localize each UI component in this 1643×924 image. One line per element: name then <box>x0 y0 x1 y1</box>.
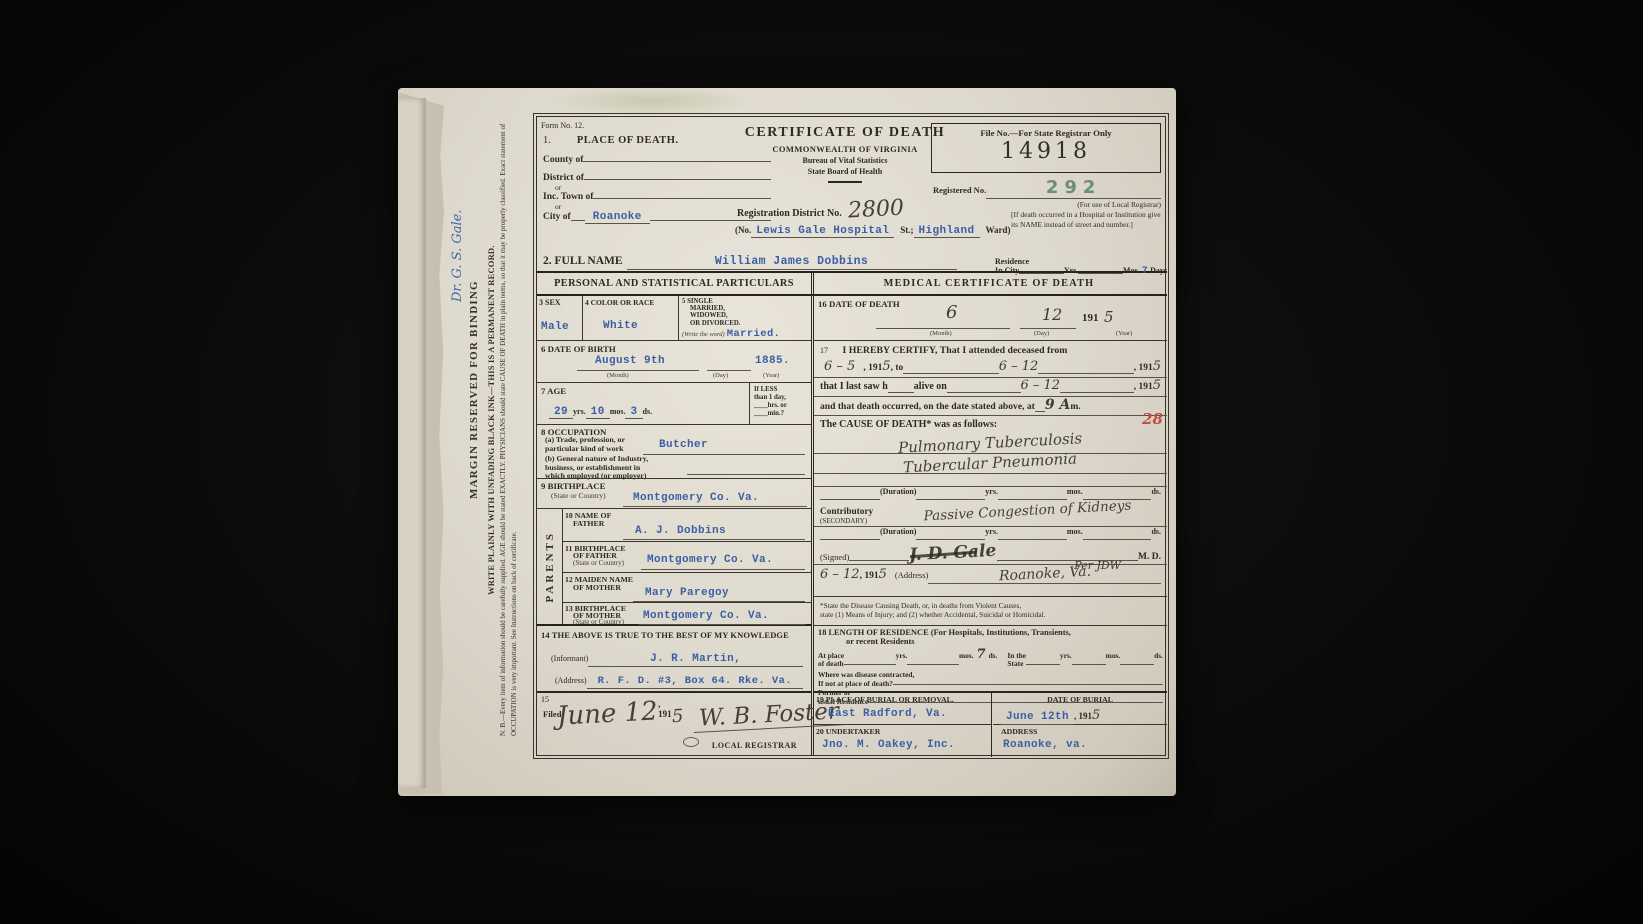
attended-from-year: 5 <box>882 359 890 374</box>
file-number-label: File No.—For State Registrar Only <box>932 128 1160 138</box>
father-bp-value: Montgomery Co. Va. <box>647 554 773 566</box>
attended-to-year: 5 <box>1153 359 1161 374</box>
mother-value: Mary Paregoy <box>645 587 729 599</box>
death-certificate-page: Dr. G. S. Gale. MARGIN RESERVED FOR BIND… <box>398 88 1176 796</box>
dob-year-hint: (Year) <box>763 372 779 379</box>
burial-date-value: June 12th <box>1006 711 1069 723</box>
doctor-margin-note: Dr. G. S. Gale. <box>450 138 465 373</box>
duration-yrs-2: yrs. <box>985 527 998 536</box>
local-registrar-use-note: (For use of Local Registrar) <box>933 200 1161 209</box>
file-number-box: File No.—For State Registrar Only 14918 <box>931 123 1161 173</box>
sex-cell: 3 SEX Male <box>537 296 583 340</box>
marital-label-1: 5 SINGLE <box>682 298 808 305</box>
certificate-title: CERTIFICATE OF DEATH <box>740 125 950 141</box>
street-value: Highland <box>919 225 975 237</box>
undertaker-address-label: ADDRESS <box>1001 727 1165 736</box>
race-cell: 4 COLOR OR RACE White <box>583 296 679 340</box>
last-saw-date: 6 – 12 <box>1021 378 1061 393</box>
no-paren-label: (No. <box>735 225 751 235</box>
death-occurred-line: and that death occurred, on the date sta… <box>814 397 1167 416</box>
margin-binding-label: MARGIN RESERVED FOR BINDING <box>468 200 480 580</box>
burial-year-value: 5 <box>1092 708 1100 723</box>
occurred-m-label: m. <box>1070 402 1080 412</box>
race-label: 4 COLOR OR RACE <box>585 298 676 307</box>
dob-label: 6 DATE OF BIRTH <box>541 344 616 354</box>
county-field: County of <box>543 155 771 165</box>
length-of-residence-row: 18 LENGTH OF RESIDENCE (For Hospitals, I… <box>814 626 1167 693</box>
cause-footnote: *State the Disease Causing Death, or, in… <box>814 596 1167 626</box>
residence-label-2: or recent Residents <box>846 637 1163 646</box>
father-label-2: FATHER <box>573 519 604 528</box>
burial-191-print: , 191 <box>1074 711 1092 721</box>
residence-label-1: 18 LENGTH OF RESIDENCE (For Hospitals, I… <box>818 628 1163 637</box>
district-label: District of <box>543 173 584 183</box>
age-row: 7 AGE 29 yrs. 10 mos. 3 ds. If LESS than… <box>537 383 811 425</box>
certify-statement: I HEREBY CERTIFY, That I attended deceas… <box>842 345 1067 356</box>
dod-day-hint: (Day) <box>1034 330 1049 337</box>
commonwealth-line: COMMONWEALTH OF VIRGINIA <box>740 144 950 154</box>
undertaker-value: Jno. M. Oakey, Inc. <box>822 739 989 751</box>
to-label: , to <box>891 363 904 373</box>
torn-page-edge-inner <box>398 98 426 788</box>
dod-month-hint: (Month) <box>930 330 952 337</box>
per-notation: Per JDW <box>1074 559 1121 572</box>
undertaker-cell: 20 UNDERTAKER Jno. M. Oakey, Inc. <box>814 725 991 757</box>
date-of-death-row: 16 DATE OF DEATH 6 12 191 5 (Month) (Day… <box>814 296 1167 341</box>
full-name-label: 2. FULL NAME <box>543 255 623 267</box>
medical-column: 16 DATE OF DEATH 6 12 191 5 (Month) (Day… <box>814 296 1167 755</box>
marital-hint: (Write the word) <box>682 331 725 338</box>
date-of-birth-row: 6 DATE OF BIRTH August 9th 1885. (Month)… <box>537 341 811 383</box>
dod-year-hint: (Year) <box>1116 330 1132 337</box>
res-ds-label: ds. <box>989 651 998 660</box>
occurred-statement: and that death occurred, on the date sta… <box>820 401 1035 412</box>
registration-district-value: 2800 <box>847 196 904 224</box>
print-191-c: , 191 <box>1134 382 1153 392</box>
footnote-line-2: state (1) Means of Injury; and (2) wheth… <box>820 610 1161 619</box>
race-value: White <box>603 320 676 332</box>
ward-label: Ward) <box>986 225 1011 235</box>
duration-ds-1: ds. <box>1151 487 1161 496</box>
pen-flourish <box>683 737 699 747</box>
age-yrs-unit: yrs. <box>573 407 586 416</box>
age-months-value: 10 <box>591 406 605 418</box>
undertaker-address-value: Roanoke, va. <box>1003 739 1165 751</box>
contracted-label-2: If not at place of death? <box>818 679 893 688</box>
informant-row: 14 THE ABOVE IS TRUE TO THE BEST OF MY K… <box>537 626 811 693</box>
marital-value: Married. <box>727 328 781 340</box>
marital-label-3: WIDOWED, <box>690 312 808 319</box>
dod-month-value: 6 <box>946 302 957 323</box>
print-191-b: , 191 <box>1134 363 1153 373</box>
age-years-value: 29 <box>554 406 568 418</box>
birthplace-row: 9 BIRTHPLACE (State or Country) Montgome… <box>537 479 811 509</box>
sex-label: 3 SEX <box>539 298 580 307</box>
marital-cell: 5 SINGLE MARRIED, WIDOWED, OR DIVORCED. … <box>679 296 811 340</box>
full-name-row: 2. FULL NAME William James Dobbins Resid… <box>537 251 1167 273</box>
informant-address-label: (Address) <box>555 676 587 685</box>
medical-section-title: MEDICAL CERTIFICATE OF DEATH <box>811 273 1167 289</box>
date-of-burial-cell: DATE OF BURIAL June 12th , 191 5 <box>993 693 1167 725</box>
paper-stain <box>548 86 758 116</box>
signature-date: 6 – 12 <box>820 567 860 582</box>
birthplace-label: 9 BIRTHPLACE <box>541 481 605 491</box>
father-name-row: 10 NAME OF FATHER A. J. Dobbins <box>563 509 811 542</box>
county-label: County of <box>543 155 583 165</box>
registered-no-label: Registered No. <box>933 185 986 195</box>
attended-dates-line: 6 – 5 , 191 5 , to 6 – 12 , 191 5 <box>814 359 1167 378</box>
occ-a-line2: particular kind of work <box>545 445 625 454</box>
less-line-2: than 1 day, <box>754 394 809 402</box>
burial-date-label: DATE OF BURIAL <box>995 695 1165 704</box>
duration-ds-2: ds. <box>1151 527 1161 536</box>
or-word-a: or <box>555 183 771 192</box>
attended-to-date: 6 – 12 <box>999 359 1039 374</box>
mother-label-2: OF MOTHER <box>573 583 621 592</box>
father-value: A. J. Dobbins <box>635 525 726 537</box>
mother-birthplace-row: 13 BIRTHPLACE OF MOTHER (State or Countr… <box>563 603 811 626</box>
registration-district-label: Registration District No. <box>737 208 842 219</box>
margin-nb-note: N. B.—Every item of information should b… <box>498 122 520 736</box>
signature-date-line: 6 – 12 , 191 5 (Address) Roanoke, Va. Pe… <box>814 565 1167 587</box>
place-of-burial-cell: 19 PLACE OF BURIAL OR REMOVAL. East Radf… <box>814 693 991 725</box>
physician-address-label: (Address) <box>895 570 929 580</box>
parents-label-cell: PARENTS <box>537 509 563 624</box>
informant-value: J. R. Martin, <box>650 653 741 665</box>
certification-block: 17 I HEREBY CERTIFY, That I attended dec… <box>814 341 1167 596</box>
last-saw-pre: that I last saw h <box>820 381 888 392</box>
residence-label: Residence <box>995 257 1167 266</box>
title-divider <box>828 181 862 183</box>
dob-month-hint: (Month) <box>607 372 629 379</box>
signed-label: (Signed) <box>820 552 849 562</box>
less-line-3: ____hrs. or <box>754 402 809 410</box>
state-ds-label: ds. <box>1154 651 1163 660</box>
marital-label-4: OR DIVORCED. <box>690 320 808 327</box>
city-value: Roanoke <box>585 211 650 224</box>
cause-blank-line <box>814 474 1167 487</box>
occupation-value: Butcher <box>659 439 708 451</box>
photo-backdrop: Dr. G. S. Gale. MARGIN RESERVED FOR BIND… <box>0 0 1643 924</box>
parents-vertical-label: PARENTS <box>544 531 556 603</box>
contributory-label: Contributory <box>820 507 894 517</box>
secondary-label: (SECONDARY) <box>820 517 894 525</box>
burial-undertaker-grid: 19 PLACE OF BURIAL OR REMOVAL. East Radf… <box>814 693 1167 757</box>
dod-year-value: 5 <box>1104 308 1114 326</box>
age-label: 7 AGE <box>541 386 566 396</box>
res-mos-label: mos. <box>959 651 974 660</box>
filed-191-print: , 191 <box>658 699 672 719</box>
bureau-line: Bureau of Vital Statistics <box>740 156 950 165</box>
age-days-value: 3 <box>630 406 637 418</box>
city-label: City of <box>543 212 571 222</box>
hospital-value: Lewis Gale Hospital <box>756 225 889 237</box>
registered-no-value: 292 <box>1046 177 1102 198</box>
duration-label-1: (Duration) <box>880 487 916 496</box>
dob-day-hint: (Day) <box>713 372 728 379</box>
personal-column: 3 SEX Male 4 COLOR OR RACE White 5 SINGL… <box>537 296 811 755</box>
cause-of-death-label: The CAUSE OF DEATH* was as follows: <box>814 416 1167 434</box>
mother-bp-value: Montgomery Co. Va. <box>643 610 769 622</box>
print-191-a: , 191 <box>863 363 882 373</box>
file-number-value: 14918 <box>932 139 1160 164</box>
duration-mos-2: mos. <box>1067 527 1083 536</box>
st-label: St.; <box>900 225 913 235</box>
board-line: State Board of Health <box>740 167 950 176</box>
informant-address-value: R. F. D. #3, Box 64. Rke. Va. <box>598 675 792 687</box>
form-number: Form No. 12. <box>541 121 584 130</box>
burial-label: 19 PLACE OF BURIAL OR REMOVAL. <box>816 695 989 704</box>
contributory-line: Contributory (SECONDARY) Passive Congest… <box>814 503 1167 527</box>
sex-race-marital-row: 3 SEX Male 4 COLOR OR RACE White 5 SINGL… <box>537 296 811 341</box>
hospital-instruction-note: [If death occurred in a Hospital or Inst… <box>1011 210 1161 229</box>
occupation-row: 8 OCCUPATION (a) Trade, profession, or p… <box>537 425 811 479</box>
birthplace-hint: (State or Country) <box>551 491 606 500</box>
age-mos-unit: mos. <box>610 407 626 416</box>
filed-row: 15 Filed June 12 , 191 5 W. B. Foster LO… <box>537 693 811 757</box>
less-line-1: If LESS <box>754 386 809 394</box>
dod-191-print: 191 <box>1082 312 1099 324</box>
residence-days-at-death: 7 <box>977 647 986 662</box>
sex-value: Male <box>541 321 580 333</box>
section-header-row: PERSONAL AND STATISTICAL PARTICULARS MED… <box>537 273 1167 296</box>
attended-from-date: 6 – 5 <box>824 359 855 374</box>
footnote-line-1: *State the Disease Causing Death, or, in… <box>820 601 1161 610</box>
father-birthplace-row: 11 BIRTHPLACE OF FATHER (State or Countr… <box>563 542 811 573</box>
age-ds-unit: ds. <box>643 407 653 416</box>
duration-label-2: (Duration) <box>880 527 916 536</box>
less-line-4: ____min.? <box>754 410 809 418</box>
marital-label-2: MARRIED, <box>690 305 808 312</box>
place-of-death-label: PLACE OF DEATH. <box>577 135 679 146</box>
if-less-cell: If LESS than 1 day, ____hrs. or ____min.… <box>749 383 811 424</box>
father-bp-hint: (State or Country) <box>573 559 624 567</box>
res-yrs-label: yrs. <box>896 651 908 660</box>
parents-group: PARENTS 10 NAME OF FATHER A. J. Dobbins … <box>537 509 811 626</box>
state-mos-label: mos. <box>1106 651 1121 660</box>
item-17-number: 17 <box>820 346 828 355</box>
dod-label: 16 DATE OF DEATH <box>818 299 900 309</box>
signature-year: 5 <box>879 567 887 582</box>
occurred-time-value: 9 A <box>1045 397 1070 413</box>
dob-year-value: 1885. <box>755 355 790 367</box>
margin-write-plainly-note: WRITE PLAINLY WITH UNFADING BLACK INK—TH… <box>486 160 496 680</box>
duration-mos-1: mos. <box>1067 487 1083 496</box>
last-saw-year: 5 <box>1153 378 1161 393</box>
registered-number-field: Registered No. 292 (For use of Local Reg… <box>933 177 1161 209</box>
dod-day-value: 12 <box>1042 305 1062 324</box>
filed-year-handwritten: 5 <box>671 706 684 728</box>
district-field: District of <box>543 173 771 183</box>
personal-section-title: PERSONAL AND STATISTICAL PARTICULARS <box>537 273 811 289</box>
contracted-label-1: Where was disease contracted, <box>818 670 1163 679</box>
filed-date-handwritten: June 12 <box>557 696 659 731</box>
mother-bp-hint: (State or Country) <box>573 618 624 626</box>
red-code-number: 28 <box>1142 410 1163 428</box>
last-saw-line: that I last saw h alive on 6 – 12 , 191 … <box>814 378 1167 397</box>
sworn-statement: 14 THE ABOVE IS TRUE TO THE BEST OF MY K… <box>541 630 789 640</box>
last-saw-post: alive on <box>914 381 947 392</box>
print-191-d: , 191 <box>860 571 879 581</box>
birthplace-value: Montgomery Co. Va. <box>633 492 759 504</box>
undertaker-label: 20 UNDERTAKER <box>816 727 989 736</box>
in-the-label-2: State <box>1007 660 1026 668</box>
undertaker-address-cell: ADDRESS Roanoke, va. <box>993 725 1167 757</box>
dob-value: August 9th <box>595 355 665 367</box>
burial-value: East Radford, Va. <box>828 708 989 720</box>
inc-town-label: Inc. Town of <box>543 192 593 202</box>
mother-name-row: 12 MAIDEN NAME OF MOTHER Mary Paregoy <box>563 573 811 603</box>
state-yrs-label: yrs. <box>1060 651 1072 660</box>
full-name-value: William James Dobbins <box>715 255 868 268</box>
at-place-label-2: of death <box>818 660 844 668</box>
duration-yrs-1: yrs. <box>985 487 998 496</box>
local-registrar-label: LOCAL REGISTRAR <box>712 741 797 750</box>
informant-label: (Informant) <box>551 654 588 663</box>
certificate-form: Form No. 12. 1. PLACE OF DEATH. County o… <box>536 116 1166 756</box>
age-cell: 7 AGE 29 yrs. 10 mos. 3 ds. <box>537 383 749 424</box>
item-1-number: 1. <box>543 135 551 146</box>
md-label: M. D. <box>1138 552 1161 562</box>
title-block: CERTIFICATE OF DEATH COMMONWEALTH OF VIR… <box>740 125 950 183</box>
